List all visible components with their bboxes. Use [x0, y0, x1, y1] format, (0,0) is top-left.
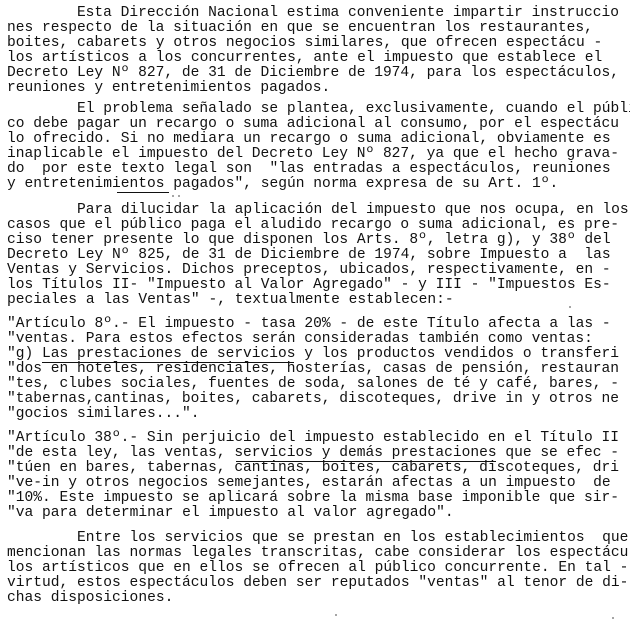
- underline-servicios-y-demas-prestaciones: [236, 461, 496, 462]
- text-line: nes respecto de la situación en que se e…: [7, 21, 593, 36]
- text-line: Ventas y Servicios. Dichos preceptos, ub…: [7, 263, 611, 278]
- text-line: "va para determinar el impuesto al valor…: [7, 506, 454, 521]
- text-line: reuniones y entretenimientos pagados.: [7, 81, 330, 96]
- text-line: casos que el público paga el aludido rec…: [7, 218, 619, 233]
- text-line: peciales a las Ventas" -, textualmente e…: [7, 293, 454, 308]
- text-line: co debe pagar un recargo o suma adiciona…: [7, 117, 619, 132]
- text-line: chas disposiciones.: [7, 591, 173, 606]
- scan-speck: [172, 195, 174, 197]
- text-line: "Artículo 8º.- El impuesto - tasa 20% - …: [7, 317, 611, 332]
- text-line: los Títulos II- "Impuesto al Valor Agreg…: [7, 278, 611, 293]
- text-line: "dos en hoteles, residenciales, hostería…: [7, 362, 619, 377]
- text-line: ciso tener presente lo que disponen los …: [7, 233, 611, 248]
- text-line: los artísticos a los concurrentes, ante …: [7, 51, 602, 66]
- text-line: Decreto Ley Nº 827, de 31 de Diciembre d…: [7, 66, 619, 81]
- text-line: mencionan las normas legales transcritas…: [7, 546, 628, 561]
- scan-speck: [569, 306, 571, 308]
- text-line: "10%. Este impuesto se aplicará sobre la…: [7, 491, 619, 506]
- text-line: Esta Dirección Nacional estima convenien…: [7, 6, 619, 21]
- text-line: Para dilucidar la aplicación del impuest…: [7, 203, 630, 218]
- typewritten-document-page: Esta Dirección Nacional estima convenien…: [0, 0, 630, 632]
- text-line: "túen en bares, tabernas, cantinas, boit…: [7, 461, 619, 476]
- text-line: "g) Las prestaciones de servicios y los …: [7, 347, 619, 362]
- text-line: do por este texto legal son "las entrada…: [7, 162, 611, 177]
- text-line: boites, cabarets y otros negocios simila…: [7, 36, 602, 51]
- text-line: Decreto Ley Nº 825, de 31 de Diciembre d…: [7, 248, 611, 263]
- underline-prestaciones-de-servicios: [42, 362, 294, 363]
- underline-pagados: [117, 192, 169, 193]
- text-line: inaplicable el impuesto del Decreto Ley …: [7, 147, 619, 162]
- text-line: lo ofrecido. Si no mediara un recargo o …: [7, 132, 611, 147]
- scan-speck: [612, 617, 614, 619]
- text-line: "Artículo 38º.- Sin perjuicio del impues…: [7, 431, 619, 446]
- text-line: "tes, clubes sociales, fuentes de soda, …: [7, 377, 619, 392]
- text-line: "gocios similares...".: [7, 407, 199, 422]
- scan-speck: [178, 195, 180, 197]
- text-line: "ventas. Para estos efectos serán consid…: [7, 332, 593, 347]
- text-line: los artísticos que en ellos se ofrecen a…: [7, 561, 628, 576]
- text-line: "ve-in y otros negocios semejantes, esta…: [7, 476, 611, 491]
- text-line: virtud, estos espectáculos deben ser rep…: [7, 576, 628, 591]
- text-line: El problema señalado se plantea, exclusi…: [7, 102, 630, 117]
- text-line: Entre los servicios que se prestan en lo…: [7, 531, 628, 546]
- text-line: "de esta ley, las ventas, servicios y de…: [7, 446, 619, 461]
- text-line: y entretenimientos pagados", según norma…: [7, 177, 558, 192]
- scan-speck: [335, 614, 337, 616]
- text-line: "tabernas,cantinas, boites, cabarets, di…: [7, 392, 619, 407]
